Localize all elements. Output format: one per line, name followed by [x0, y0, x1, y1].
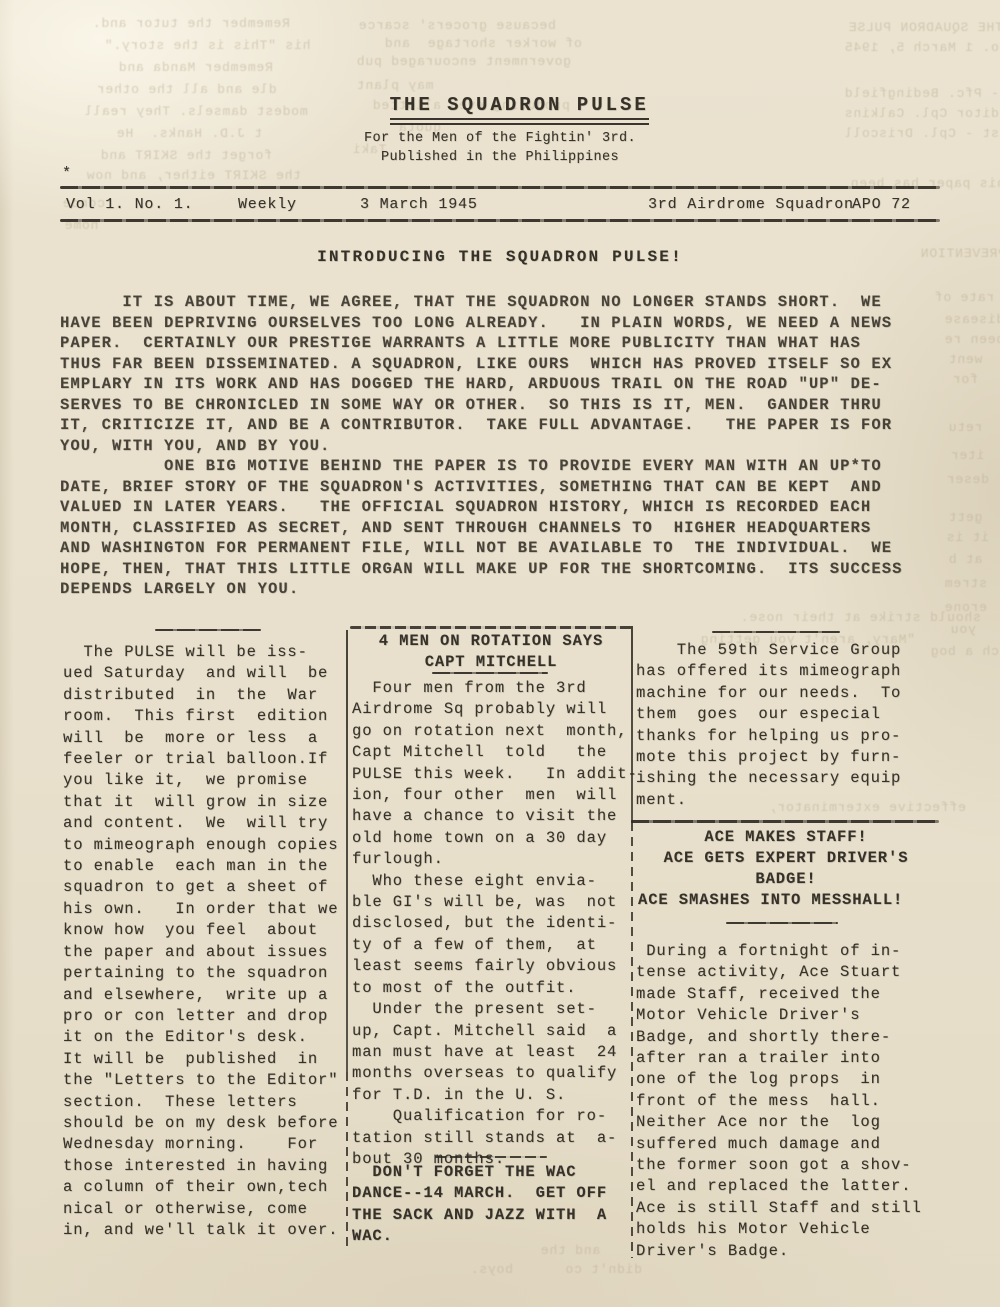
ace-headline-1: ACE MAKES STAFF! — [636, 827, 936, 848]
masthead-volume: Vol 1. No. 1. — [66, 196, 193, 213]
bleedthrough-fragment: because grocers' scarce — [358, 18, 556, 33]
masthead-unit: 3rd Airdrome Squadron — [648, 196, 854, 213]
rotation-headline-line-1: 4 MEN ON ROTATION SAYS — [352, 631, 630, 652]
bleedthrough-fragment: such a bog — [930, 644, 1000, 659]
lead-headline: INTRODUCING THE SQUADRON PULSE! — [0, 248, 1000, 266]
ace-headline-underline-rule — [726, 922, 838, 924]
newspaper-page: Remember the tutor and.his "This is the … — [0, 0, 1000, 1307]
masthead-date: 3 March 1945 — [360, 196, 478, 213]
newspaper-title: THE SQUADRON PULSE — [390, 94, 649, 125]
rotation-article-top-rule — [350, 626, 632, 629]
masthead: Vol 1. No. 1. Weekly 3 March 1945 3rd Ai… — [0, 196, 1000, 218]
bleedthrough-fragment: should strike at their nose. — [740, 610, 981, 625]
header: THE SQUADRON PULSE — [0, 76, 1000, 134]
bleedthrough-fragment: didn't co boys. — [470, 1262, 642, 1277]
bleedthrough-fragment: iter — [950, 448, 984, 463]
masthead-rule-top — [60, 186, 940, 189]
ace-article-top-rule — [631, 820, 939, 823]
ace-headline-2: ACE GETS EXPERT DRIVER'S — [636, 848, 936, 869]
lead-body: IT IS ABOUT TIME, WE AGREE, THAT THE SQU… — [60, 292, 955, 600]
bleedthrough-fragment: his "This is the story." — [104, 38, 310, 53]
bleedthrough-fragment: of worker shortage and — [384, 36, 582, 51]
bleedthrough-fragment: for — [952, 372, 978, 387]
rotation-headline-underline — [432, 672, 548, 674]
rotation-article-body: Four men from the 3rd Airdrome Sq probab… — [352, 678, 632, 1170]
masthead-rule-bottom — [60, 219, 940, 222]
wac-notice-rule — [435, 1156, 547, 1158]
subtitle-line-1: For the Men of the Fightin' 3rd. — [0, 131, 1000, 146]
masthead-frequency: Weekly — [238, 196, 297, 213]
bleedthrough-fragment: THE SQUADRON PULSE — [848, 20, 1000, 35]
bleedthrough-fragment: the SKIRT either, and now — [86, 168, 301, 183]
service-group-overline — [712, 631, 840, 633]
bleedthrough-fragment: Remember Manda and — [118, 60, 273, 75]
pulse-issue-article-body: The PULSE will be iss- ued Saturday and … — [63, 642, 347, 1241]
ace-headline-4: ACE SMASHES INTO MESSHALL! — [638, 890, 938, 911]
ace-article-body: During a fortnight of in- tense activity… — [636, 941, 938, 1262]
masthead-apo: APO 72 — [852, 196, 911, 213]
subtitle-line-2: Published in the Philippines — [0, 150, 1000, 165]
margin-asterisk: * — [62, 165, 71, 182]
bleedthrough-fragment: Remember the tutor and. — [92, 16, 290, 31]
bleedthrough-fragment: government encouraged pub — [356, 54, 571, 69]
wac-notice-body: DON'T FORGET THE WAC DANCE--14 MARCH. GE… — [352, 1162, 632, 1248]
left-column-rule — [155, 629, 261, 631]
rotation-headline-line-2: CAPT MITCHELL — [352, 652, 630, 673]
service-group-article-body: The 59th Service Group has offered its m… — [636, 640, 938, 811]
bleedthrough-fragment: Vol 1, No. 1 March 5, 1945 — [844, 40, 1000, 55]
ace-headline-3: BADGE! — [636, 869, 936, 890]
